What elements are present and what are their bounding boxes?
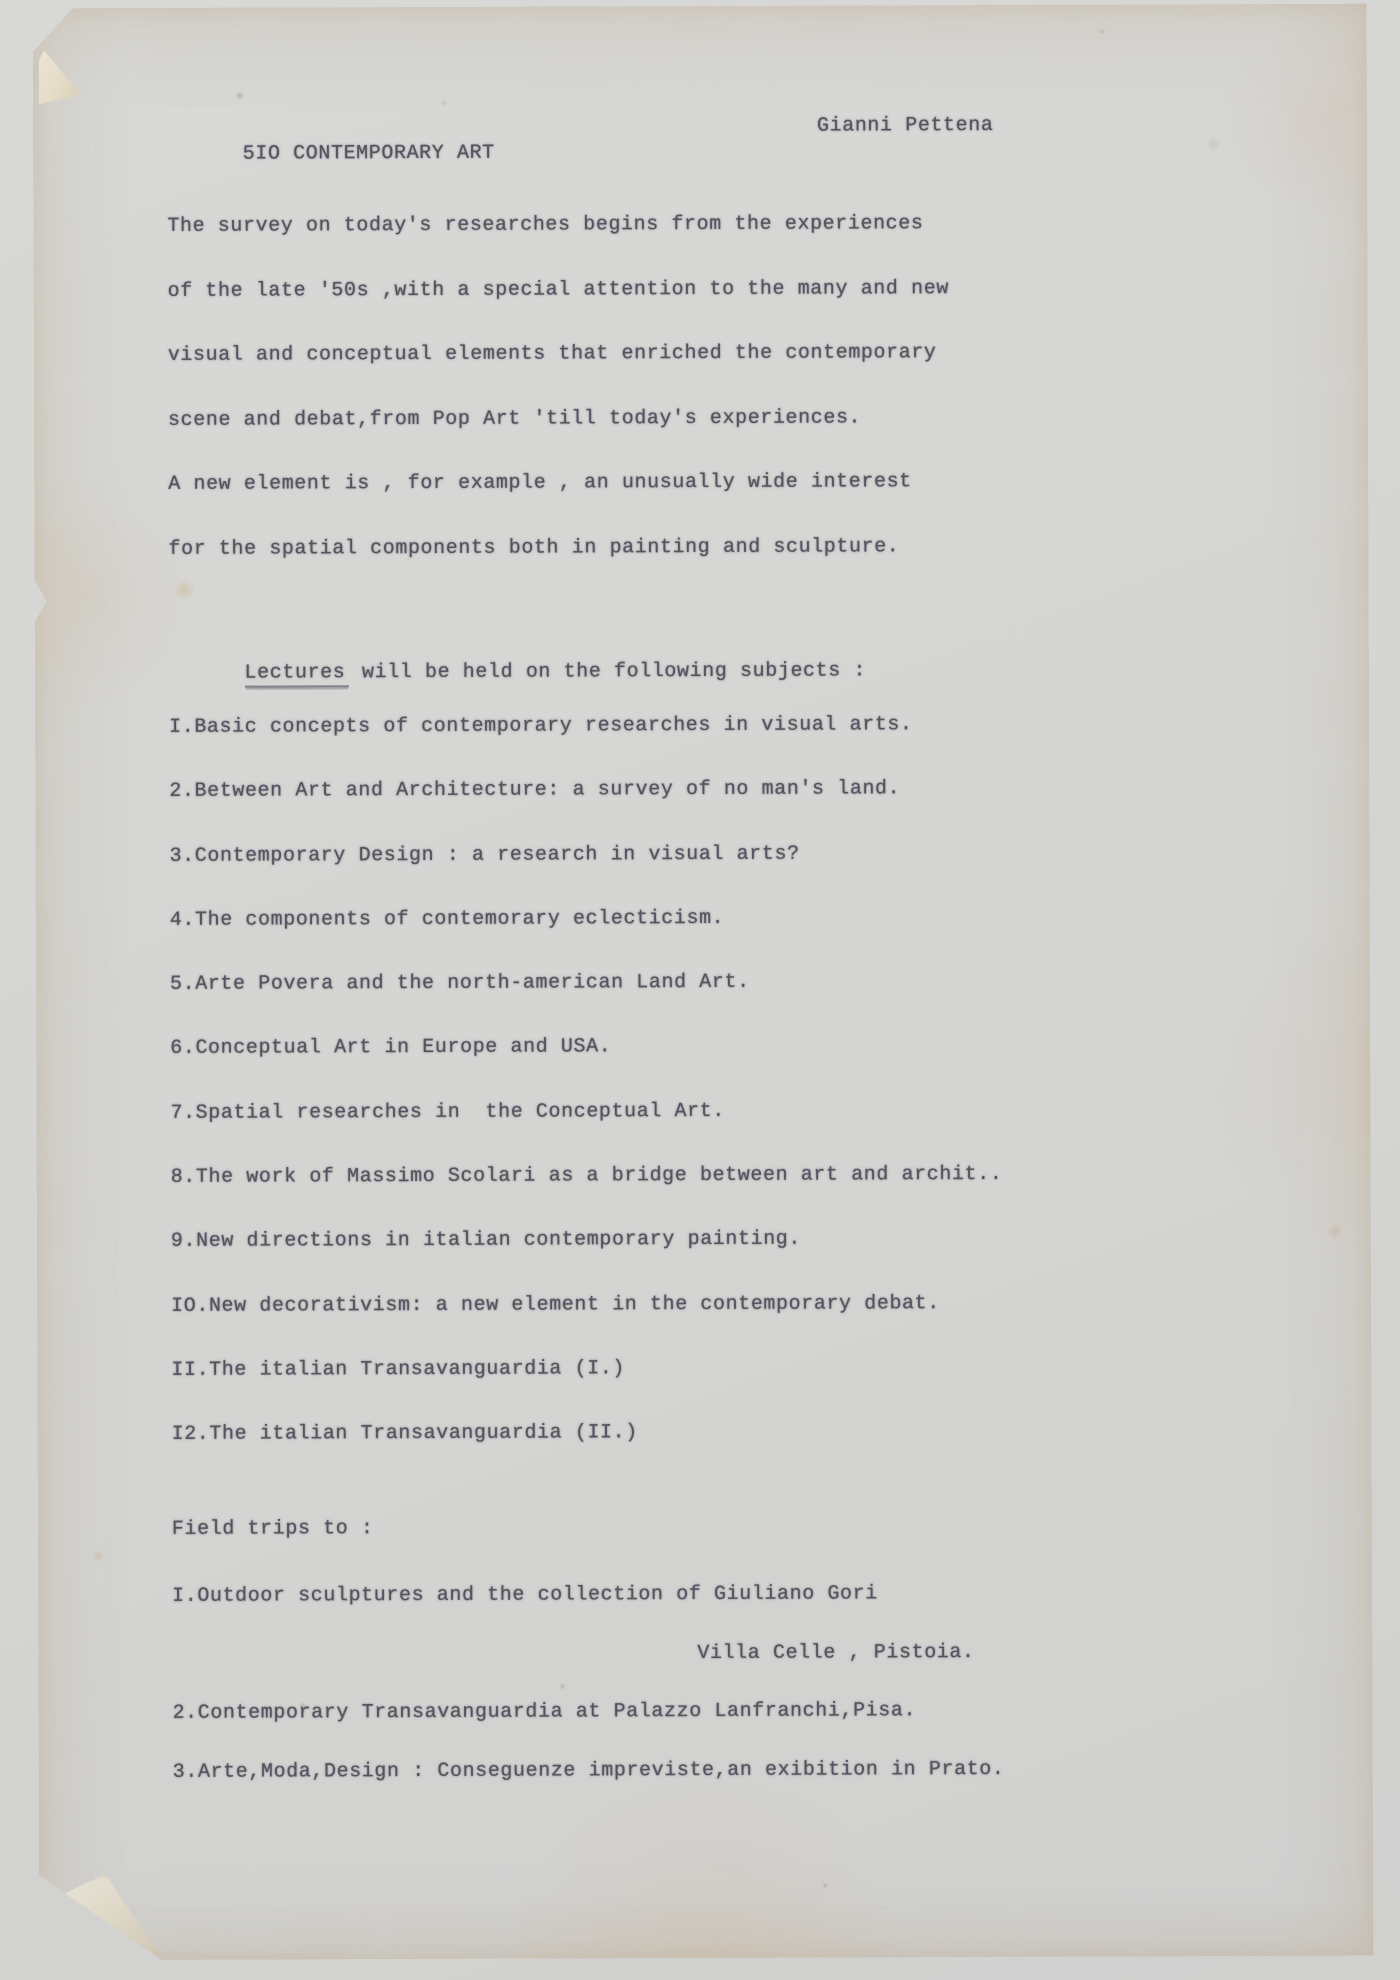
lecture-item: 2.Between Art and Architecture: a survey… [169, 757, 1001, 824]
field-trip-item: I.Outdoor sculptures and the collection … [172, 1565, 1004, 1626]
lecture-item: 6.Conceptual Art in Europe and USA. [170, 1014, 1002, 1081]
lecture-item: 7.Spatial researches in the Conceptual A… [170, 1079, 1002, 1146]
lecture-item: IO.New decorativism: a new element in th… [171, 1272, 1003, 1339]
paper-corner-fold-top-left [39, 50, 81, 104]
lecture-item: I.Basic concepts of contemporary researc… [169, 693, 1001, 760]
field-trip-location: Villa Celle , Pistoia. [172, 1624, 1004, 1685]
lectures-heading-rest: will be held on the following subjects : [349, 659, 866, 684]
lecture-item: 3.Contemporary Design : a research in vi… [169, 822, 1001, 889]
intro-line: of the late '50s ,with a special attenti… [167, 257, 949, 324]
course-code-title: 5IO CONTEMPORARY ART [243, 142, 495, 166]
lecture-item: 5.Arte Povera and the north-american Lan… [170, 950, 1002, 1017]
lecture-item: II.The italian Transavanguardia (I.) [171, 1336, 1003, 1403]
field-trip-item: 2.Contemporary Transavanguardia at Palaz… [172, 1682, 1004, 1743]
lecture-list: I.Basic concepts of contemporary researc… [169, 693, 1003, 1467]
intro-line: visual and conceptual elements that enri… [168, 321, 950, 388]
paper-corner-fold-bottom-left [47, 1874, 159, 1960]
lecture-item: 9.New directions in italian contemporary… [171, 1207, 1003, 1274]
lecture-item: I2.The italian Transavanguardia (II.) [171, 1400, 1003, 1467]
lectures-heading-underlined-word: Lectures [245, 661, 350, 687]
intro-line: A new element is , for example , an unus… [168, 451, 950, 518]
intro-paragraph: The survey on today's researches begins … [167, 192, 950, 582]
lecture-item: 4.The components of contemorary eclectic… [170, 886, 1002, 953]
intro-line: The survey on today's researches begins … [167, 192, 949, 259]
intro-line: scene and debat,from Pop Art 'till today… [168, 386, 950, 453]
author-name: Gianni Pettena [817, 113, 994, 140]
field-trip-list: I.Outdoor sculptures and the collection … [172, 1565, 1005, 1802]
intro-line: for the spatial components both in paint… [168, 515, 950, 582]
scan-background: 5IO CONTEMPORARY ART Gianni Pettena The … [0, 0, 1400, 1980]
lecture-item: 8.The work of Massimo Scolari as a bridg… [171, 1143, 1003, 1210]
field-trip-item: 3.Arte,Moda,Design : Conseguenze imprevi… [173, 1741, 1005, 1802]
document-page: 5IO CONTEMPORARY ART Gianni Pettena The … [33, 4, 1374, 1961]
field-trips-heading: Field trips to : [172, 1516, 374, 1543]
